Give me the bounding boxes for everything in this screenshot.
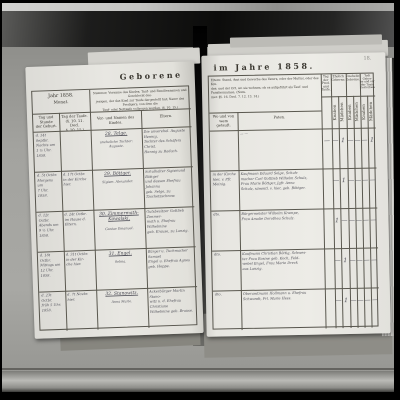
child-surname: 29. Böttger. (94, 170, 141, 177)
year-month-cell: Jahr 1858. Monat. (32, 90, 90, 114)
child-name-cell: 32. Stanowitz. Anna Marie. (96, 288, 148, 330)
child-name-cell: 30. Zimmermath- Kowalski. Gustav Emanuel… (93, 208, 145, 250)
birth-cell: d. 12t Octbr. Abends um 9 ½ Uhr. 1858. (36, 211, 63, 252)
page-title-im-jahre: im Jahre 1858. (213, 61, 314, 73)
birth-cell: d. 14t Septbr. Nachts um 1 ½ Uhr. 1858. (34, 131, 61, 172)
col-header-parents-text: Eltern. (143, 113, 189, 119)
tally-stillborn-girls: — (369, 207, 378, 247)
register-left-page: Geborene Jahr 1858. Monat. Nummer; Vorna… (25, 61, 203, 339)
group-header-stillborn-text: Todt Gebor- ne und vor der Taufe Gestorb… (360, 74, 375, 89)
where-entry: dto. (215, 292, 239, 297)
godparents-entry: Oberamtmann Hollmann u. Ehefrau Schwandt… (243, 291, 323, 303)
register-right-page: im Jahre 1858. 18. Eltern: Stand, Amt un… (201, 52, 390, 336)
child-name-cell: 28. Telge. uneheliche Tochter: Auguste. (91, 128, 143, 170)
baptism-cell: d. 7t Novbr. hier. (65, 290, 97, 331)
table-edge-line (2, 368, 394, 370)
godparents-entry: — — (240, 131, 320, 138)
baptism-cell: d. 31t Octbr. in der Kir- che hier. (64, 250, 96, 291)
group-header-illegitimate: Unehelich Geborne. (346, 74, 360, 96)
child-given-name: Selma. (97, 259, 144, 265)
child-given-name: Gustav Emanuel. (96, 226, 143, 232)
tally-stillborn-girls: — (370, 247, 379, 287)
photo-top-light-band (2, 3, 394, 11)
left-page-table: Jahr 1858. Monat. Nummer; Vorname des Ki… (31, 85, 197, 330)
right-notice-cell: Eltern: Stand, Amt und Gewerbe des Vater… (209, 75, 322, 113)
col-header-childname: Vor- und Namen des Kindes. (90, 110, 142, 130)
godparents-cell: Kaufmann Christian Böttig, Schwes- ter F… (240, 248, 325, 290)
where-baptized-cell: in der Kirche hier, v. Pfr. Meinig. (211, 170, 240, 211)
child-name-cell: 31. Engel. Selma. (95, 248, 147, 290)
col-header-godparents: Paten. (237, 110, 321, 130)
birth-entry: d. 12t Octbr. Abends um 9 ½ Uhr. 1858. (38, 213, 61, 239)
godparents-entry: Bürgermeister Wilhelm Krampe, Frau Amali… (241, 211, 321, 223)
godparents-cell: — — (238, 128, 323, 170)
baptism-cell: d. 17t Octbr. in der Kirche hier. (61, 170, 93, 211)
sub-label-girls: Mädchen (369, 101, 375, 122)
child-given-name: Sigism. Alexander. (94, 179, 141, 185)
birth-entry: d. 23t Octbr. früh 5 Uhr. 1858. (41, 293, 64, 314)
parents-cell: Gutsbesitzer Gottlieb Zimmer- math u. Eh… (144, 206, 195, 248)
baptism-entry: d. 17t Octbr. in der Kirche hier. (63, 172, 90, 188)
baptism-entry: d. 31t Octbr. in der Kir- che hier. (66, 252, 93, 268)
sub-label-boys: Knaben (361, 101, 366, 121)
godparents-entry: Kaufmann Eduard Selge, Schuh- macher Car… (241, 171, 321, 193)
tally-stillborn-girls: 1 (368, 127, 377, 167)
birth-entry: d. 18t Octbr. Mittags um 12 Uhr. 1858. (40, 253, 63, 279)
month-label: Monat. (34, 99, 87, 106)
parents-entry: Ackerbürger Martin Stano- witz u. d. Ehe… (149, 288, 196, 315)
right-notice-text: Eltern: Stand, Amt und Gewerbe des Vater… (211, 77, 319, 100)
tally-stillborn-girls: — (368, 167, 377, 207)
baptism-entry (62, 132, 89, 133)
child-name-cell: 29. Böttger. Sigism. Alexander. (92, 168, 144, 210)
col-header-birth-text: Tag und Stunde der Geburt. (35, 115, 57, 129)
child-surname: 30. Zimmermath- Kowalski. (95, 210, 142, 222)
parents-cell: Bürger u. Tuchmacher Samuel Engel u. Ehe… (146, 246, 197, 288)
col-header-childname-text: Vor- und Namen des Kindes. (92, 115, 139, 126)
birth-cell: d. 18t Octbr. Mittags um 12 Uhr. 1858. (38, 251, 65, 292)
parents-cell: Ackerbürger Martin Stano- witz u. d. Ehe… (147, 286, 198, 328)
birth-cell: d. 23t Octbr. früh 5 Uhr. 1858. (39, 291, 66, 332)
child-surname: 31. Engel. (97, 250, 144, 257)
right-page-table: Eltern: Stand, Amt und Gewerbe des Vater… (208, 72, 379, 329)
col-header-parents: Eltern. (141, 108, 192, 128)
godparents-cell: Bürgermeister Wilhelm Krampe, Frau Amali… (239, 208, 324, 250)
col-header-day-text: Tag der Pred. und Taufe. (321, 75, 331, 92)
sub-label-boys: Knaben (332, 102, 337, 122)
godparents-cell: Oberamtmann Hollmann u. Ehefrau Schwandt… (241, 288, 326, 330)
baptism-entry: d. 7t Novbr. hier. (67, 292, 94, 303)
group-header-illegitimate-text: Unehelich Geborne. (346, 75, 360, 82)
page-title-geborene: Geborene (119, 70, 182, 82)
godparents-entry: Kaufmann Christian Böttig, Schwes- ter F… (242, 251, 322, 273)
where-baptized-cell: dto. (212, 250, 241, 291)
birth-cell: d. 5t Octbr. Morgens um 7 Uhr. 1858. (35, 171, 62, 212)
where-baptized-cell (210, 130, 239, 171)
sub-label-boys: Knaben (347, 102, 352, 122)
godparents-cell: Kaufmann Eduard Selge, Schuh- macher Car… (239, 168, 324, 210)
col-header-birth: Tag und Stunde der Geburt. (33, 113, 60, 132)
child-surname: 32. Stanowitz. (98, 290, 145, 297)
col-header-where-text: Wo und von wem getauft. (211, 114, 235, 128)
col-header-baptism: Tag der Taufe. (§. 10. 11. Decl. §. 10. … (59, 112, 91, 131)
baptism-entry: d. 24t Octbr. im Hause d. Eltern. (64, 212, 91, 228)
where-entry: in der Kirche hier, v. Pfr. Meinig. (213, 172, 237, 188)
photograph-of-register-book: Geborene Jahr 1858. Monat. Nummer; Vorna… (2, 3, 394, 392)
parents-cell: Die unverehel. Auguste Hennig, Tochter d… (142, 126, 193, 168)
table-front-edge (2, 371, 394, 392)
child-given-name: uneheliche Tochter: Auguste. (93, 139, 140, 150)
col-header-godparents-text: Paten. (239, 115, 319, 121)
parents-entry: Die unverehel. Auguste Hennig, Tochter d… (144, 128, 191, 155)
page-number: 18. (363, 56, 371, 62)
tally-stillborn-girls: — (371, 287, 380, 327)
parents-entry: Schulhalter Sigismund Böttger und dessen… (145, 168, 192, 200)
baptism-cell (60, 130, 92, 171)
parents-entry: Bürger u. Tuchmacher Samuel Engel u. Ehe… (148, 248, 195, 270)
where-baptized-cell: dto. (213, 290, 242, 331)
baptism-cell: d. 24t Octbr. im Hause d. Eltern. (62, 210, 94, 251)
birth-entry: d. 14t Septbr. Nachts um 1 ½ Uhr. 1858. (36, 133, 59, 159)
col-header-where-baptized: Wo und von wem getauft. (209, 112, 237, 131)
group-header-legitimate-text: Ehelich Geborne. (331, 75, 346, 82)
col-header-baptism-text: Tag der Taufe. (§. 10. 11. Decl. §. 10. … (61, 114, 88, 131)
sub-label-girls: Mädchen (354, 102, 359, 122)
where-baptized-cell: dto. (211, 210, 240, 251)
parents-entry: Gutsbesitzer Gottlieb Zimmer- math u. Eh… (146, 208, 193, 235)
group-header-stillborn: Todt Gebor- ne und vor der Taufe Gestorb… (360, 73, 375, 95)
group-header-legitimate: Ehelich Geborne. (331, 74, 346, 96)
sub-label-girls: Mädchen (340, 102, 346, 123)
parents-cell: Schulhalter Sigismund Böttger und dessen… (143, 166, 194, 208)
child-given-name: Anna Marie. (99, 299, 146, 305)
child-surname: 28. Telge. (93, 130, 140, 137)
where-entry: dto. (213, 212, 237, 217)
birth-entry: d. 5t Octbr. Morgens um 7 Uhr. 1858. (37, 173, 60, 199)
where-entry: dto. (214, 252, 238, 257)
